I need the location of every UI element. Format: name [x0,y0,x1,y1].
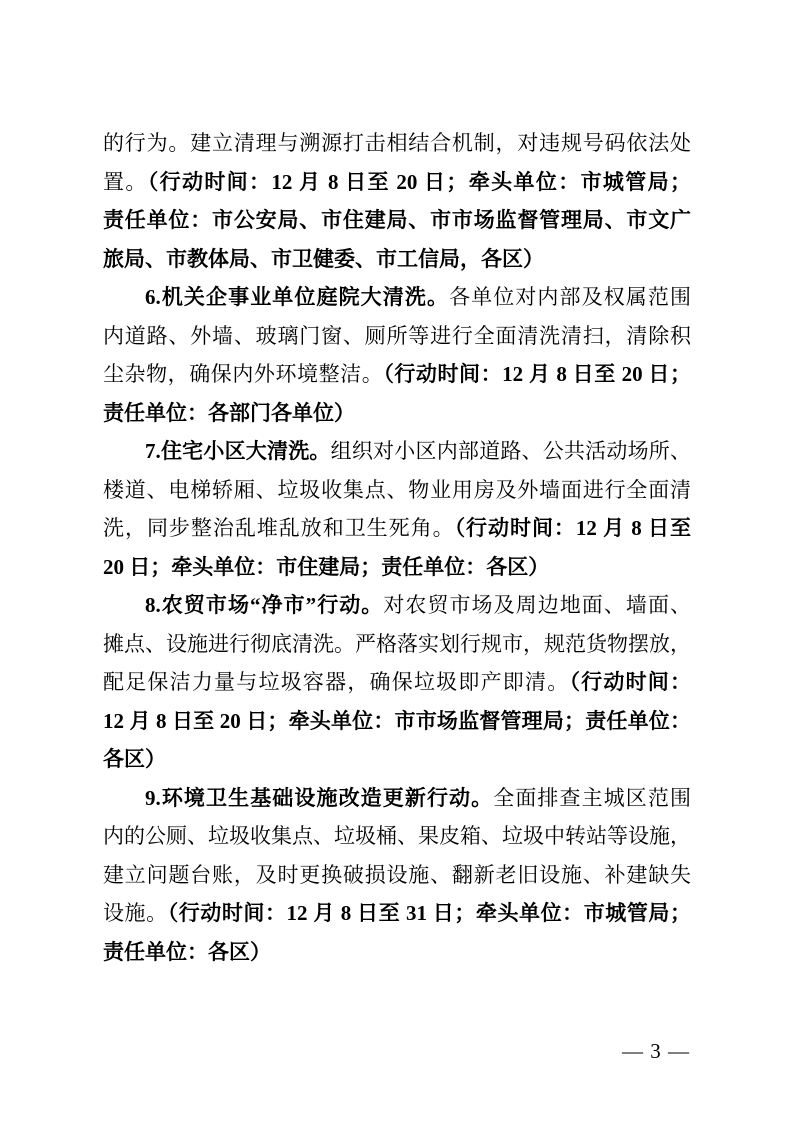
text-line: 20 日；牵头单位：市住建局；责任单位：各区） [103,548,691,587]
text-line: 建立问题台账，及时更换破损设施、翻新老旧设施、补建缺失 [103,856,691,895]
text-line: 责任单位：各区） [103,933,691,972]
text-line: 旅局、市教体局、市卫健委、市工信局，各区） [103,240,691,279]
emphasis-text-segment: 9.环境卫生基础设施改造更新行动。 [145,786,493,810]
emphasis-text-segment: 责任单位：市公安局、市住建局、市市场监督管理局、市文广 [103,208,691,232]
page-number: — 3 — [622,1040,690,1062]
text-segment: 各单位对内部及权属范围 [449,285,691,309]
text-segment: 配足保洁力量与垃圾容器，确保垃圾即产即清。 [103,670,569,694]
text-segment: 对农贸市场及周边地面、墙面、 [383,593,691,617]
text-line: 置。（行动时间：12 月 8 日至 20 日；牵头单位：市城管局； [103,163,691,202]
text-line: 6.机关企事业单位庭院大清洗。各单位对内部及权属范围 [103,278,691,317]
emphasis-text-segment: 责任单位：各部门各单位） [103,401,355,425]
text-line: 楼道、电梯轿厢、垃圾收集点、物业用房及外墙面进行全面清 [103,471,691,510]
emphasis-text-segment: （行动时间：12 月 8 日至 [455,516,691,540]
text-line: 各区） [103,740,691,779]
text-line: 内道路、外墙、玻璃门窗、厕所等进行全面清洗清扫，清除积 [103,317,691,356]
text-line: 8.农贸市场“净市”行动。对农贸市场及周边地面、墙面、 [103,586,691,625]
emphasis-text-segment: 6.机关企事业单位庭院大清洗。 [145,285,449,309]
text-line: 设施。（行动时间：12 月 8 日至 31 日；牵头单位：市城管局； [103,894,691,933]
emphasis-text-segment: 7.住宅小区大清洗。 [145,439,331,463]
emphasis-text-segment: （行动时间：12 月 8 日至 20 日；牵头单位：市城管局； [148,170,691,194]
text-segment: 组织对小区内部道路、公共活动场所、 [331,439,691,463]
text-segment: 洗，同步整治乱堆乱放和卫生死角。 [103,516,455,540]
text-line: 7.住宅小区大清洗。组织对小区内部道路、公共活动场所、 [103,432,691,471]
emphasis-text-segment: 8.农贸市场“净市”行动。 [145,593,383,617]
text-segment: 全面排查主城区范围 [493,786,691,810]
document-page: 的行为。建立清理与溯源打击相结合机制，对违规号码依法处置。（行动时间：12 月 … [0,0,794,1123]
text-line: 摊点、设施进行彻底清洗。严格落实划行规市，规范货物摆放， [103,625,691,664]
emphasis-text-segment: 各区） [103,747,166,771]
text-segment: 尘杂物，确保内外环境整洁。 [103,362,383,386]
document-body: 的行为。建立清理与溯源打击相结合机制，对违规号码依法处置。（行动时间：12 月 … [103,124,691,971]
emphasis-text-segment: 12 月 8 日至 20 日；牵头单位：市市场监督管理局；责任单位： [103,709,691,733]
emphasis-text-segment: （行动时间： [569,670,691,694]
text-segment: 设施。 [103,901,168,925]
text-line: 配足保洁力量与垃圾容器，确保垃圾即产即清。（行动时间： [103,663,691,702]
text-line: 9.环境卫生基础设施改造更新行动。全面排查主城区范围 [103,779,691,818]
text-segment: 置。 [103,170,148,194]
text-line: 责任单位：市公安局、市住建局、市市场监督管理局、市文广 [103,201,691,240]
text-segment: 内的公厕、垃圾收集点、垃圾桶、果皮箱、垃圾中转站等设施， [103,824,691,848]
emphasis-text-segment: 20 日；牵头单位：市住建局；责任单位：各区） [103,555,549,579]
text-line: 内的公厕、垃圾收集点、垃圾桶、果皮箱、垃圾中转站等设施， [103,817,691,856]
text-line: 洗，同步整治乱堆乱放和卫生死角。（行动时间：12 月 8 日至 [103,509,691,548]
emphasis-text-segment: （行动时间：12 月 8 日至 31 日；牵头单位：市城管局； [168,901,691,925]
text-line: 12 月 8 日至 20 日；牵头单位：市市场监督管理局；责任单位： [103,702,691,741]
text-segment: 楼道、电梯轿厢、垃圾收集点、物业用房及外墙面进行全面清 [103,478,691,502]
text-segment: 摊点、设施进行彻底清洗。严格落实划行规市，规范货物摆放， [103,632,691,656]
emphasis-text-segment: 责任单位：各区） [103,940,271,964]
text-segment: 建立问题台账，及时更换破损设施、翻新老旧设施、补建缺失 [103,863,691,887]
emphasis-text-segment: （行动时间：12 月 8 日至 20 日； [383,362,691,386]
emphasis-text-segment: 旅局、市教体局、市卫健委、市工信局，各区） [103,247,544,271]
text-segment: 的行为。建立清理与溯源打击相结合机制，对违规号码依法处 [103,131,691,155]
text-line: 尘杂物，确保内外环境整洁。（行动时间：12 月 8 日至 20 日； [103,355,691,394]
text-line: 责任单位：各部门各单位） [103,394,691,433]
text-line: 的行为。建立清理与溯源打击相结合机制，对违规号码依法处 [103,124,691,163]
text-segment: 内道路、外墙、玻璃门窗、厕所等进行全面清洗清扫，清除积 [103,324,691,348]
